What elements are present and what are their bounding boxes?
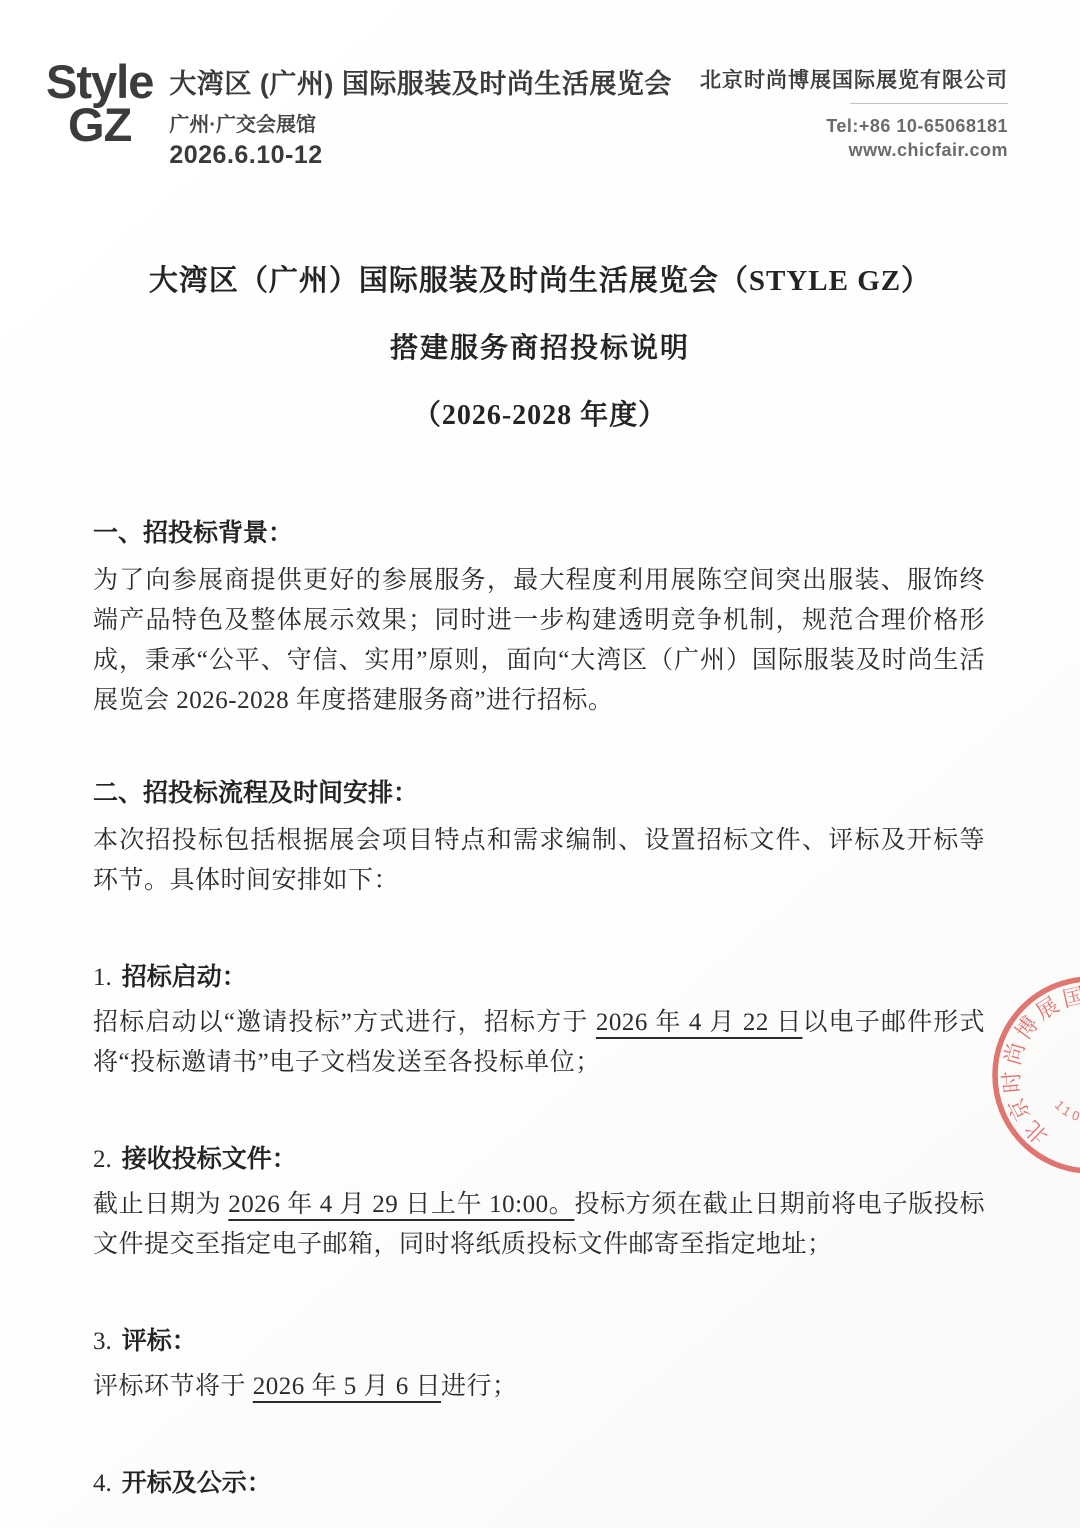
item-title: 开标及公示：	[122, 1469, 272, 1497]
item-number: 4.	[93, 1470, 112, 1497]
paragraph-text: 截止日期为	[93, 1191, 228, 1218]
item-paragraph: 截止日期为 2026 年 4 月 29 日上午 10:00。投标方须在截止日期前…	[93, 1185, 985, 1265]
organizer-info: 北京时尚博展国际展览有限公司 Tel:+86 10-65068181 www.c…	[700, 64, 1008, 162]
paragraph-text: 进行；	[441, 1373, 518, 1400]
organizer-website: www.chicfair.com	[700, 138, 1008, 162]
style-gz-logo: Style GZ	[46, 60, 153, 146]
document-title-line1: 大湾区（广州）国际服装及时尚生活展览会（STYLE GZ）	[0, 258, 1080, 299]
section-background-heading: 一、招投标背景：	[93, 513, 985, 553]
section-process: 二、招投标流程及时间安排： 本次招投标包括根据展会项目特点和需求编制、设置招标文…	[93, 773, 985, 901]
item-evaluation: 3.评标： 评标环节将于 2026 年 5 月 6 日进行；	[93, 1321, 985, 1407]
item-paragraph: 招标启动以“邀请投标”方式进行，招标方于 2026 年 4 月 22 日以电子邮…	[93, 1003, 985, 1083]
section-background-paragraph: 为了向参展商提供更好的参展服务，最大程度利用展陈空间突出服装、服饰终端产品特色及…	[93, 561, 985, 721]
item-receive-documents: 2.接收投标文件： 截止日期为 2026 年 4 月 29 日上午 10:00。…	[93, 1139, 985, 1265]
item-title: 接收投标文件：	[122, 1145, 297, 1173]
event-venue: 广州·广交会展馆	[169, 108, 672, 137]
paragraph-text: 招标启动以“邀请投标”方式进行，招标方于	[93, 1009, 596, 1036]
seal-number-text: 1101051	[1052, 1097, 1080, 1126]
item-opening-announcement: 4.开标及公示：	[93, 1463, 985, 1507]
underlined-date: 2026 年 4 月 22 日	[596, 1009, 803, 1036]
document-body: 一、招投标背景： 为了向参展商提供更好的参展服务，最大程度利用展陈空间突出服装、…	[0, 513, 1080, 1507]
section-process-paragraph: 本次招投标包括根据展会项目特点和需求编制、设置招标文件、评标及开标等环节。具体时…	[93, 821, 985, 901]
item-heading: 1.招标启动：	[93, 957, 985, 1001]
item-heading: 2.接收投标文件：	[93, 1139, 985, 1183]
document-title: 大湾区（广州）国际服装及时尚生活展览会（STYLE GZ） 搭建服务商招投标说明…	[0, 258, 1080, 433]
item-number: 2.	[93, 1146, 112, 1173]
item-bid-launch: 1.招标启动： 招标启动以“邀请投标”方式进行，招标方于 2026 年 4 月 …	[93, 957, 985, 1083]
item-number: 1.	[93, 964, 112, 991]
paragraph-text: 评标环节将于	[93, 1373, 253, 1400]
paragraph-text: 本次招投标包括根据展会项目特点和需求编制、设置招标文件、评标及开标等环节。具体时…	[93, 827, 985, 894]
section-background: 一、招投标背景： 为了向参展商提供更好的参展服务，最大程度利用展陈空间突出服装、…	[93, 513, 985, 721]
document-title-line2: 搭建服务商招投标说明	[0, 326, 1080, 366]
event-dates: 2026.6.10-12	[169, 141, 672, 170]
organizer-phone: Tel:+86 10-65068181	[700, 114, 1008, 138]
underlined-date: 2026 年 4 月 29 日上午 10:00。	[228, 1191, 574, 1218]
organizer-divider	[850, 103, 1008, 104]
item-heading: 3.评标：	[93, 1321, 985, 1365]
underlined-date: 2026 年 5 月 6 日	[253, 1373, 441, 1400]
logo-line-gz: GZ	[46, 103, 153, 146]
item-title: 评标：	[122, 1327, 197, 1355]
event-info: 大湾区 (广州) 国际服装及时尚生活展览会 广州·广交会展馆 2026.6.10…	[169, 62, 672, 170]
item-paragraph: 评标环节将于 2026 年 5 月 6 日进行；	[93, 1367, 985, 1407]
logo-line-style: Style	[46, 60, 153, 103]
company-seal-stamp: 北京时尚博展国际展览有限公司 1101051	[988, 971, 1080, 1177]
document-title-line3: （2026-2028 年度）	[0, 393, 1080, 433]
event-title: 大湾区 (广州) 国际服装及时尚生活展览会	[169, 62, 672, 101]
page-header: Style GZ 大湾区 (广州) 国际服装及时尚生活展览会 广州·广交会展馆 …	[0, 0, 1080, 170]
paragraph-text: 为了向参展商提供更好的参展服务，最大程度利用展陈空间突出服装、服饰终端产品特色及…	[93, 567, 985, 714]
item-title: 招标启动：	[122, 963, 247, 991]
item-heading: 4.开标及公示：	[93, 1463, 985, 1507]
item-number: 3.	[93, 1328, 112, 1355]
organizer-company-name: 北京时尚博展国际展览有限公司	[700, 64, 1008, 94]
document-page: Style GZ 大湾区 (广州) 国际服装及时尚生活展览会 广州·广交会展馆 …	[0, 0, 1080, 1528]
section-process-heading: 二、招投标流程及时间安排：	[93, 773, 985, 813]
